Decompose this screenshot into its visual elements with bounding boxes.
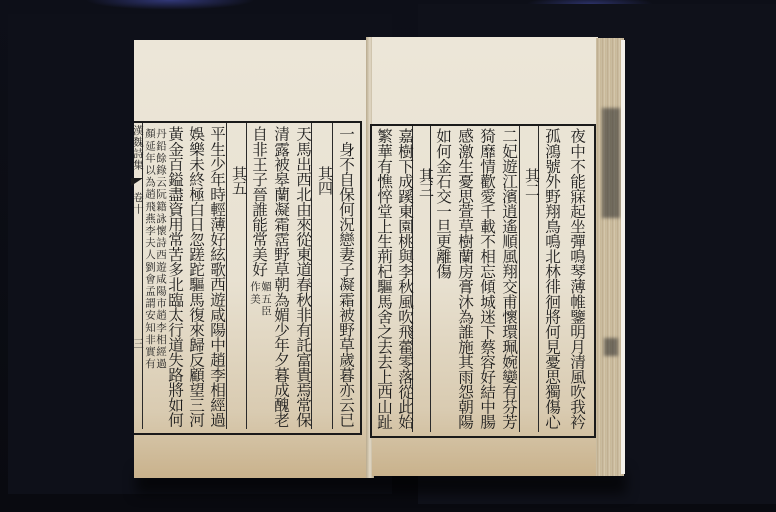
commentary-column: 丹鉛餘錄云阮籍詠懷詩西遊咸陽市趙李相經過 xyxy=(155,128,166,370)
fishtail-mark xyxy=(131,178,143,186)
verse-column: 娛樂未終極白日忽蹉跎驅馬復來歸反顧望三河 xyxy=(186,126,205,427)
verse-column: 感激生憂思萱草樹蘭房膏沐為誰施其雨怨朝陽 xyxy=(455,128,474,429)
verse-column: 二妃遊江濱逍遙順風翔交甫懷環珮婉孌有芬芳 xyxy=(499,128,518,429)
verse-column: 清露被皋蘭凝霜霑野草朝為媚少年夕暮成醜老 xyxy=(271,126,290,427)
poem-heading: 其四 xyxy=(315,166,334,195)
poem-heading: 其三 xyxy=(416,168,435,197)
column-rule xyxy=(519,126,520,432)
poem-heading: 其二 xyxy=(522,168,541,197)
fore-edge xyxy=(596,38,624,476)
verse-column: 如何金石交一旦更離傷 xyxy=(433,128,452,279)
margin-page-number: 三 xyxy=(131,338,146,350)
annotation-note: 媚五臣 xyxy=(260,281,271,317)
verse-column: 天馬出西北由來從東道春秋非有託富貴焉常保 xyxy=(293,126,312,427)
verse-column: 一身不自保何況戀妻子凝霜被野草歲暮亦云已 xyxy=(336,126,355,427)
poem-heading: 其五 xyxy=(229,166,248,195)
verse-column: 猗靡情歡愛千載不相忘傾城迷下蔡容好結中腸 xyxy=(477,128,496,429)
verse-column: 自非王子晉誰能常美好 xyxy=(249,126,268,277)
verse-column: 平生少年時輕薄好絃歌西遊咸陽中趙李相經過 xyxy=(207,126,226,427)
verse-column: 繁華有憔悴堂上生荊杞驅馬舍之去去上西山趾 xyxy=(374,128,393,429)
verse-column: 孤鴻號外野翔鳥鳴北林徘徊將何見憂思獨傷心 xyxy=(542,128,561,429)
margin-book-title: 漢魏詩集 xyxy=(131,125,146,171)
column-rule xyxy=(226,123,227,429)
verse-column: 夜中不能寐起坐彈鳴琴薄帷鑒明月清風吹我衿 xyxy=(567,128,586,429)
annotation-note: 作美 xyxy=(249,281,260,305)
verse-column: 黃金百鎰盡資用常苦多北臨太行道失路將如何 xyxy=(165,126,184,427)
margin-volume: 卷十 xyxy=(131,192,146,215)
page-edge xyxy=(621,40,625,474)
verse-column: 嘉樹下成蹊東園桃與李秋風吹飛藿零落從此始 xyxy=(395,128,414,429)
